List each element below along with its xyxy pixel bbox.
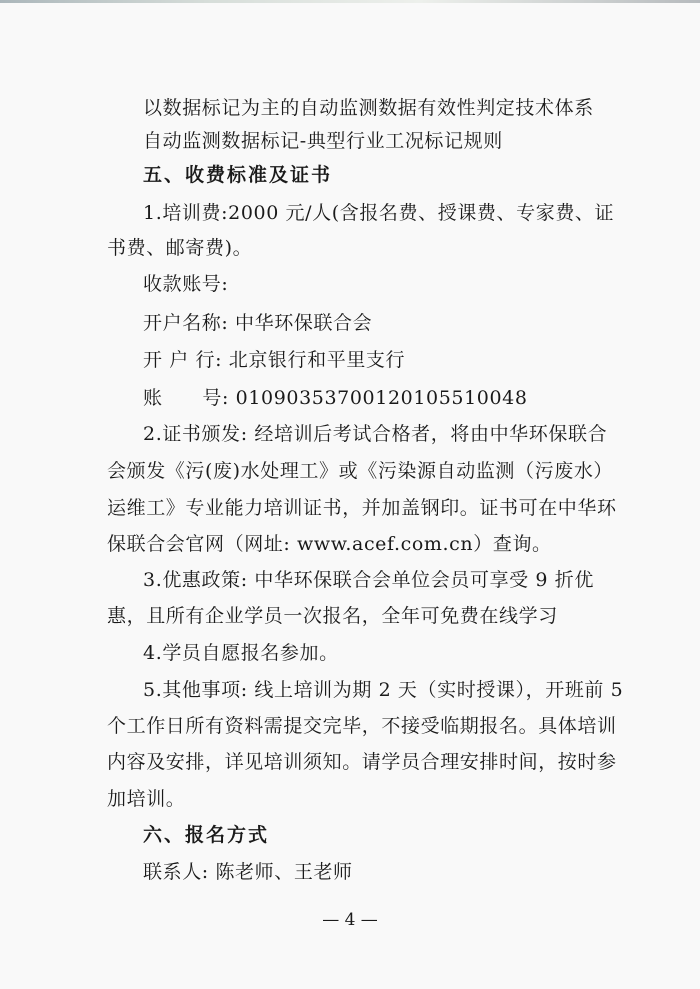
discount-text: 惠，且所有企业学员一次报名，全年可免费在线学习 bbox=[107, 604, 558, 628]
fee-text: 书费、邮寄费)。 bbox=[107, 236, 252, 260]
text-line: 自动监测数据标记-典型行业工况标记规则 bbox=[143, 129, 503, 153]
account-label: 收款账号: bbox=[143, 272, 228, 296]
document-page: 以数据标记为主的自动监测数据有效性判定技术体系 自动监测数据标记-典型行业工况标… bbox=[0, 0, 700, 989]
account-number: 账 号: 01090353700120105510048 bbox=[143, 386, 528, 410]
other-matters-text: 内容及安排，详见培训须知。请学员合理安排时间，按时参 bbox=[107, 750, 617, 774]
bank-name: 开 户 行: 北京银行和平里支行 bbox=[143, 348, 405, 372]
other-matters-text: 加培训。 bbox=[107, 787, 185, 811]
section-heading-fees: 五、收费标准及证书 bbox=[143, 163, 332, 187]
certificate-text: 运维工》专业能力培训证书，并加盖钢印。证书可在中华环 bbox=[107, 496, 617, 520]
text-line: 以数据标记为主的自动监测数据有效性判定技术体系 bbox=[143, 96, 594, 120]
account-name: 开户名称: 中华环保联合会 bbox=[143, 311, 372, 335]
certificate-text: 会颁发《污(废)水处理工》或《污染源自动监测（污废水） bbox=[107, 459, 613, 483]
certificate-text: 保联合会官网（网址: www.acef.com.cn）查询。 bbox=[107, 532, 552, 556]
section-heading-registration: 六、报名方式 bbox=[143, 823, 269, 847]
fee-text: 1.培训费:2000 元/人(含报名费、授课费、专家费、证 bbox=[143, 201, 614, 225]
certificate-text: 2.证书颁发: 经培训后考试合格者，将由中华环保联合 bbox=[143, 422, 607, 446]
contact-text: 联系人: 陈老师、王老师 bbox=[143, 860, 353, 884]
voluntary-text: 4.学员自愿报名参加。 bbox=[143, 641, 339, 665]
page-number: — 4 — bbox=[0, 910, 700, 930]
other-matters-text: 5.其他事项: 线上培训为期 2 天（实时授课），开班前 5 bbox=[143, 678, 623, 702]
other-matters-text: 个工作日所有资料需提交完毕，不接受临期报名。具体培训 bbox=[107, 714, 617, 738]
discount-text: 3.优惠政策: 中华环保联合会单位会员可享受 9 折优 bbox=[143, 568, 594, 592]
